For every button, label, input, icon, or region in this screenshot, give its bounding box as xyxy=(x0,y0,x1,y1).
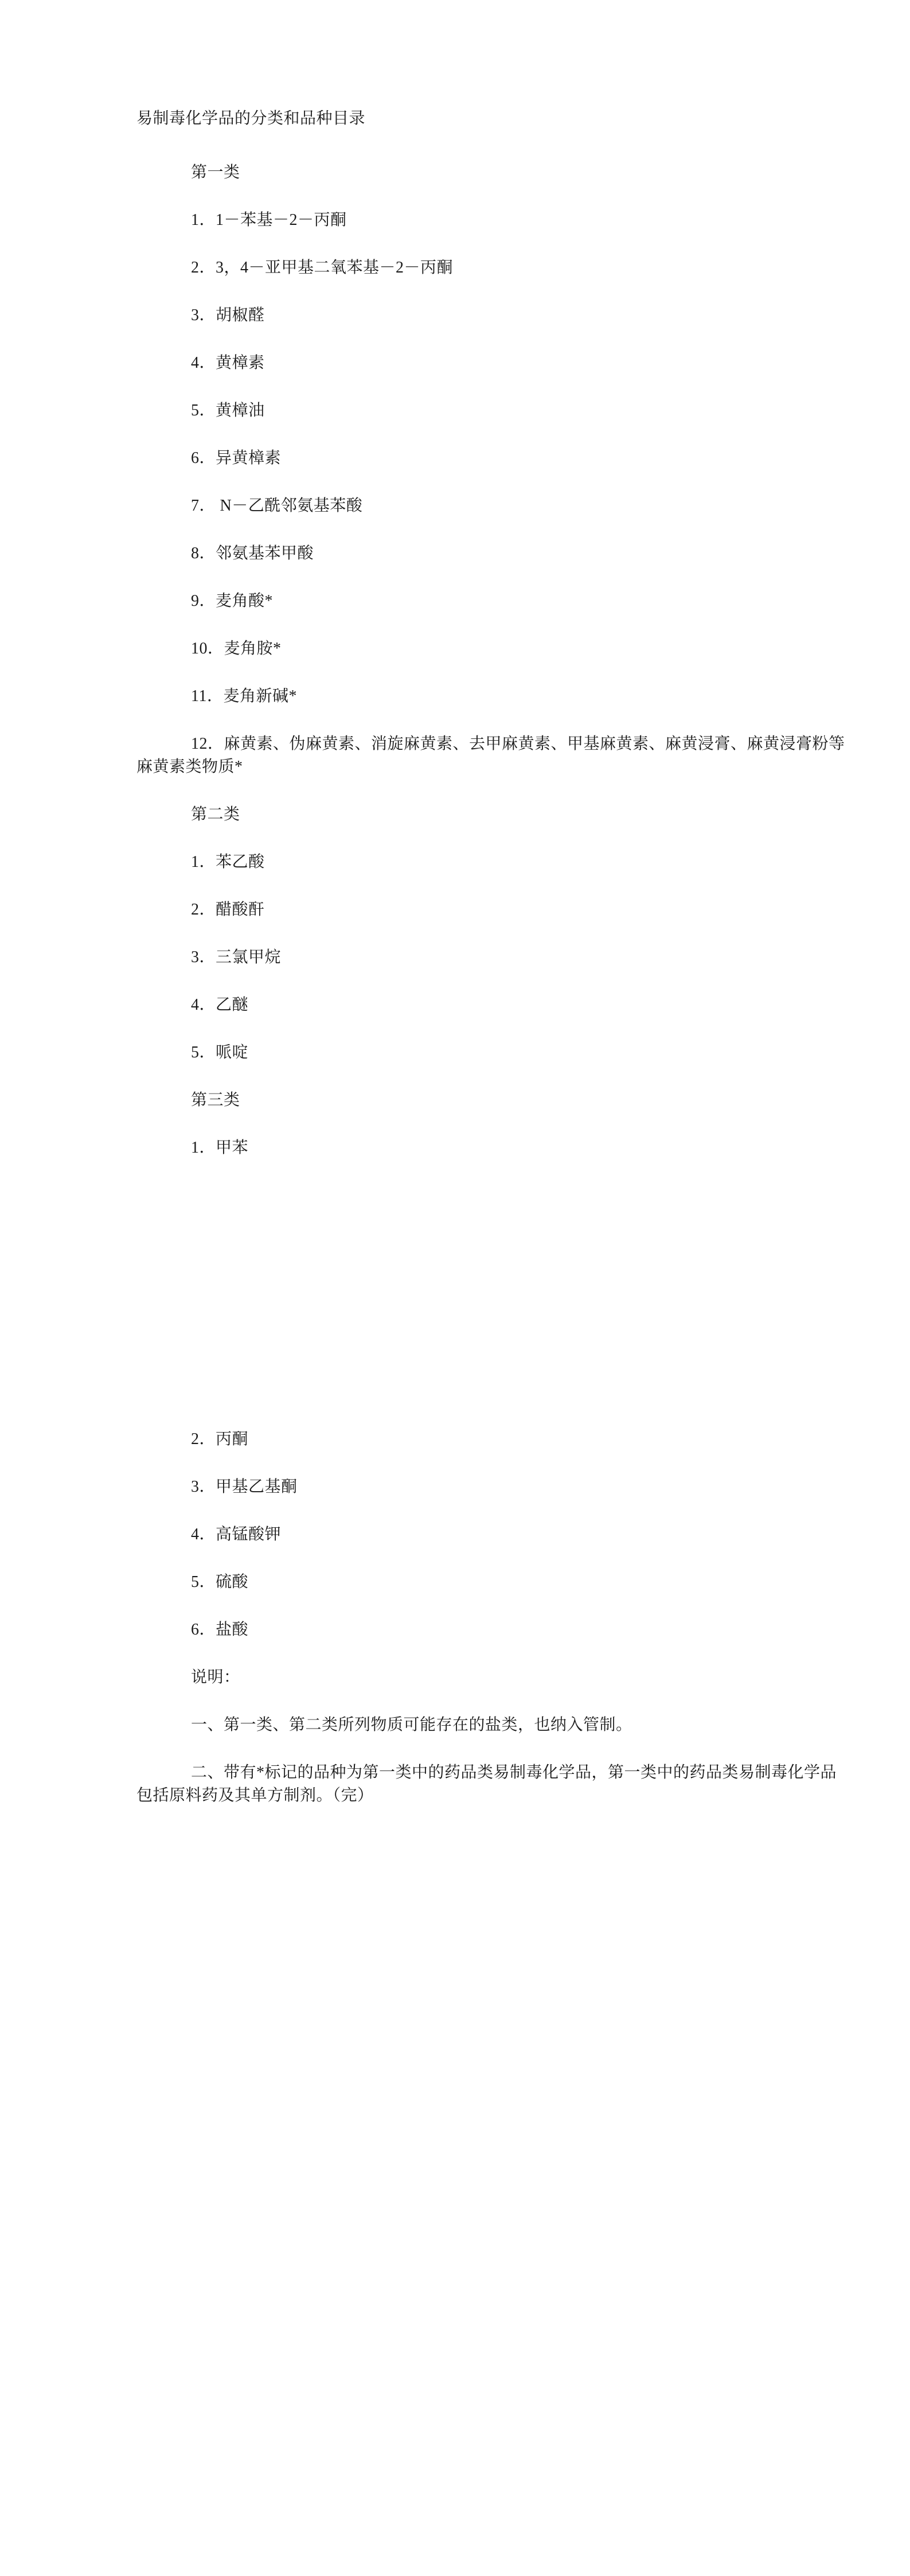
category-1-item-7: 7． N－乙酰邻氨基苯酸 xyxy=(136,495,830,517)
category-3-heading: 第三类 xyxy=(136,1089,830,1112)
note-1: 一、第一类、第二类所列物质可能存在的盐类，也纳入管制。 xyxy=(136,1714,830,1737)
document-title: 易制毒化学品的分类和品种目录 xyxy=(136,107,830,130)
notes-heading: 说明： xyxy=(136,1666,830,1689)
category-2-item-2: 2．醋酸酐 xyxy=(136,898,830,921)
category-1-item-12-line-1: 12．麻黄素、伪麻黄素、消旋麻黄素、去甲麻黄素、甲基麻黄素、麻黄浸膏、麻黄浸膏粉… xyxy=(136,733,830,756)
category-3-item-1: 1．甲苯 xyxy=(136,1137,830,1159)
category-1-item-5: 5．黄樟油 xyxy=(136,399,830,422)
category-2-item-5: 5．哌啶 xyxy=(136,1041,830,1064)
category-3-item-2: 2．丙酮 xyxy=(136,1428,830,1451)
category-3-item-6: 6．盐酸 xyxy=(136,1618,830,1641)
category-3-item-5: 5．硫酸 xyxy=(136,1571,830,1594)
category-1-item-10: 10．麦角胺* xyxy=(136,637,830,660)
category-1-item-11: 11．麦角新碱* xyxy=(136,685,830,708)
category-1-item-9: 9．麦角酸* xyxy=(136,590,830,613)
category-2-item-3: 3．三氯甲烷 xyxy=(136,946,830,969)
category-3-item-3: 3．甲基乙基酮 xyxy=(136,1476,830,1499)
category-1-item-1: 1．1－苯基－2－丙酮 xyxy=(136,209,830,232)
category-1-item-3: 3．胡椒醛 xyxy=(136,304,830,327)
category-1-item-4: 4．黄樟素 xyxy=(136,352,830,375)
category-3-item-4: 4．高锰酸钾 xyxy=(136,1523,830,1546)
category-1-item-8: 8．邻氨基苯甲酸 xyxy=(136,542,830,565)
category-1-heading: 第一类 xyxy=(136,161,830,184)
category-2-heading: 第二类 xyxy=(136,803,830,826)
note-2-line-2: 包括原料药及其单方制剂。（完） xyxy=(136,1784,830,1807)
note-2-line-1: 二、带有*标记的品种为第一类中的药品类易制毒化学品，第一类中的药品类易制毒化学品 xyxy=(136,1761,830,1784)
document-page: 易制毒化学品的分类和品种目录 第一类 1．1－苯基－2－丙酮 2．3，4－亚甲基… xyxy=(0,0,910,2576)
category-1-item-2: 2．3，4－亚甲基二氧苯基－2－丙酮 xyxy=(136,256,830,279)
category-1-item-6: 6．异黄樟素 xyxy=(136,447,830,470)
category-2-item-4: 4．乙醚 xyxy=(136,994,830,1017)
category-1-item-12-line-2: 麻黄素类物质* xyxy=(136,756,830,779)
category-2-item-1: 1．苯乙酸 xyxy=(136,851,830,874)
page-break-gap xyxy=(136,1184,830,1428)
